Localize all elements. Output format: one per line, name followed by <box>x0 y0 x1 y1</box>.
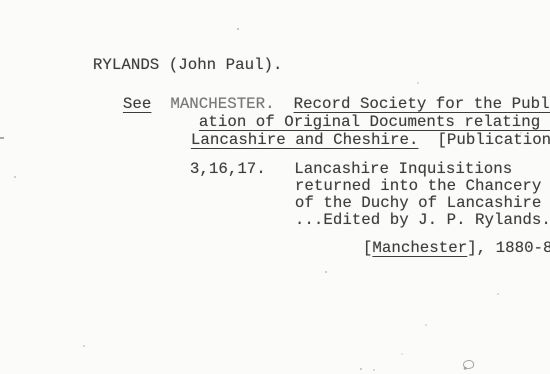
scan-artifact-speck <box>497 293 499 295</box>
scan-artifact-edge-dash <box>0 137 4 139</box>
scan-artifact-speck <box>373 369 375 371</box>
scan-artifact-speck <box>360 368 362 370</box>
scan-artifact-speck <box>425 324 427 326</box>
scan-artifact-speck <box>325 271 327 273</box>
scan-artifact-speck <box>14 176 16 178</box>
see-label: See <box>123 95 151 113</box>
heading-text: RYLANDS (John Paul). <box>93 56 283 74</box>
scan-artifact-speck <box>83 345 85 347</box>
scan-artifact-speck <box>401 353 403 355</box>
volume-numbers: 3,16,17. <box>190 160 266 178</box>
scan-artifact-speck <box>520 132 522 134</box>
catalog-card-scan: RYLANDS (John Paul). See MANCHESTER. Rec… <box>0 0 550 374</box>
imprint-bracket-open: [ <box>363 239 372 257</box>
scan-artifact-speck <box>417 82 419 84</box>
scan-artifact-smudge <box>462 359 475 370</box>
imprint-date: ], 1880-88. <box>467 239 550 257</box>
scan-artifact-speck <box>237 28 239 30</box>
imprint-line: [Manchester], 1880-88. <box>325 221 550 275</box>
imprint-place: Manchester <box>372 239 467 257</box>
